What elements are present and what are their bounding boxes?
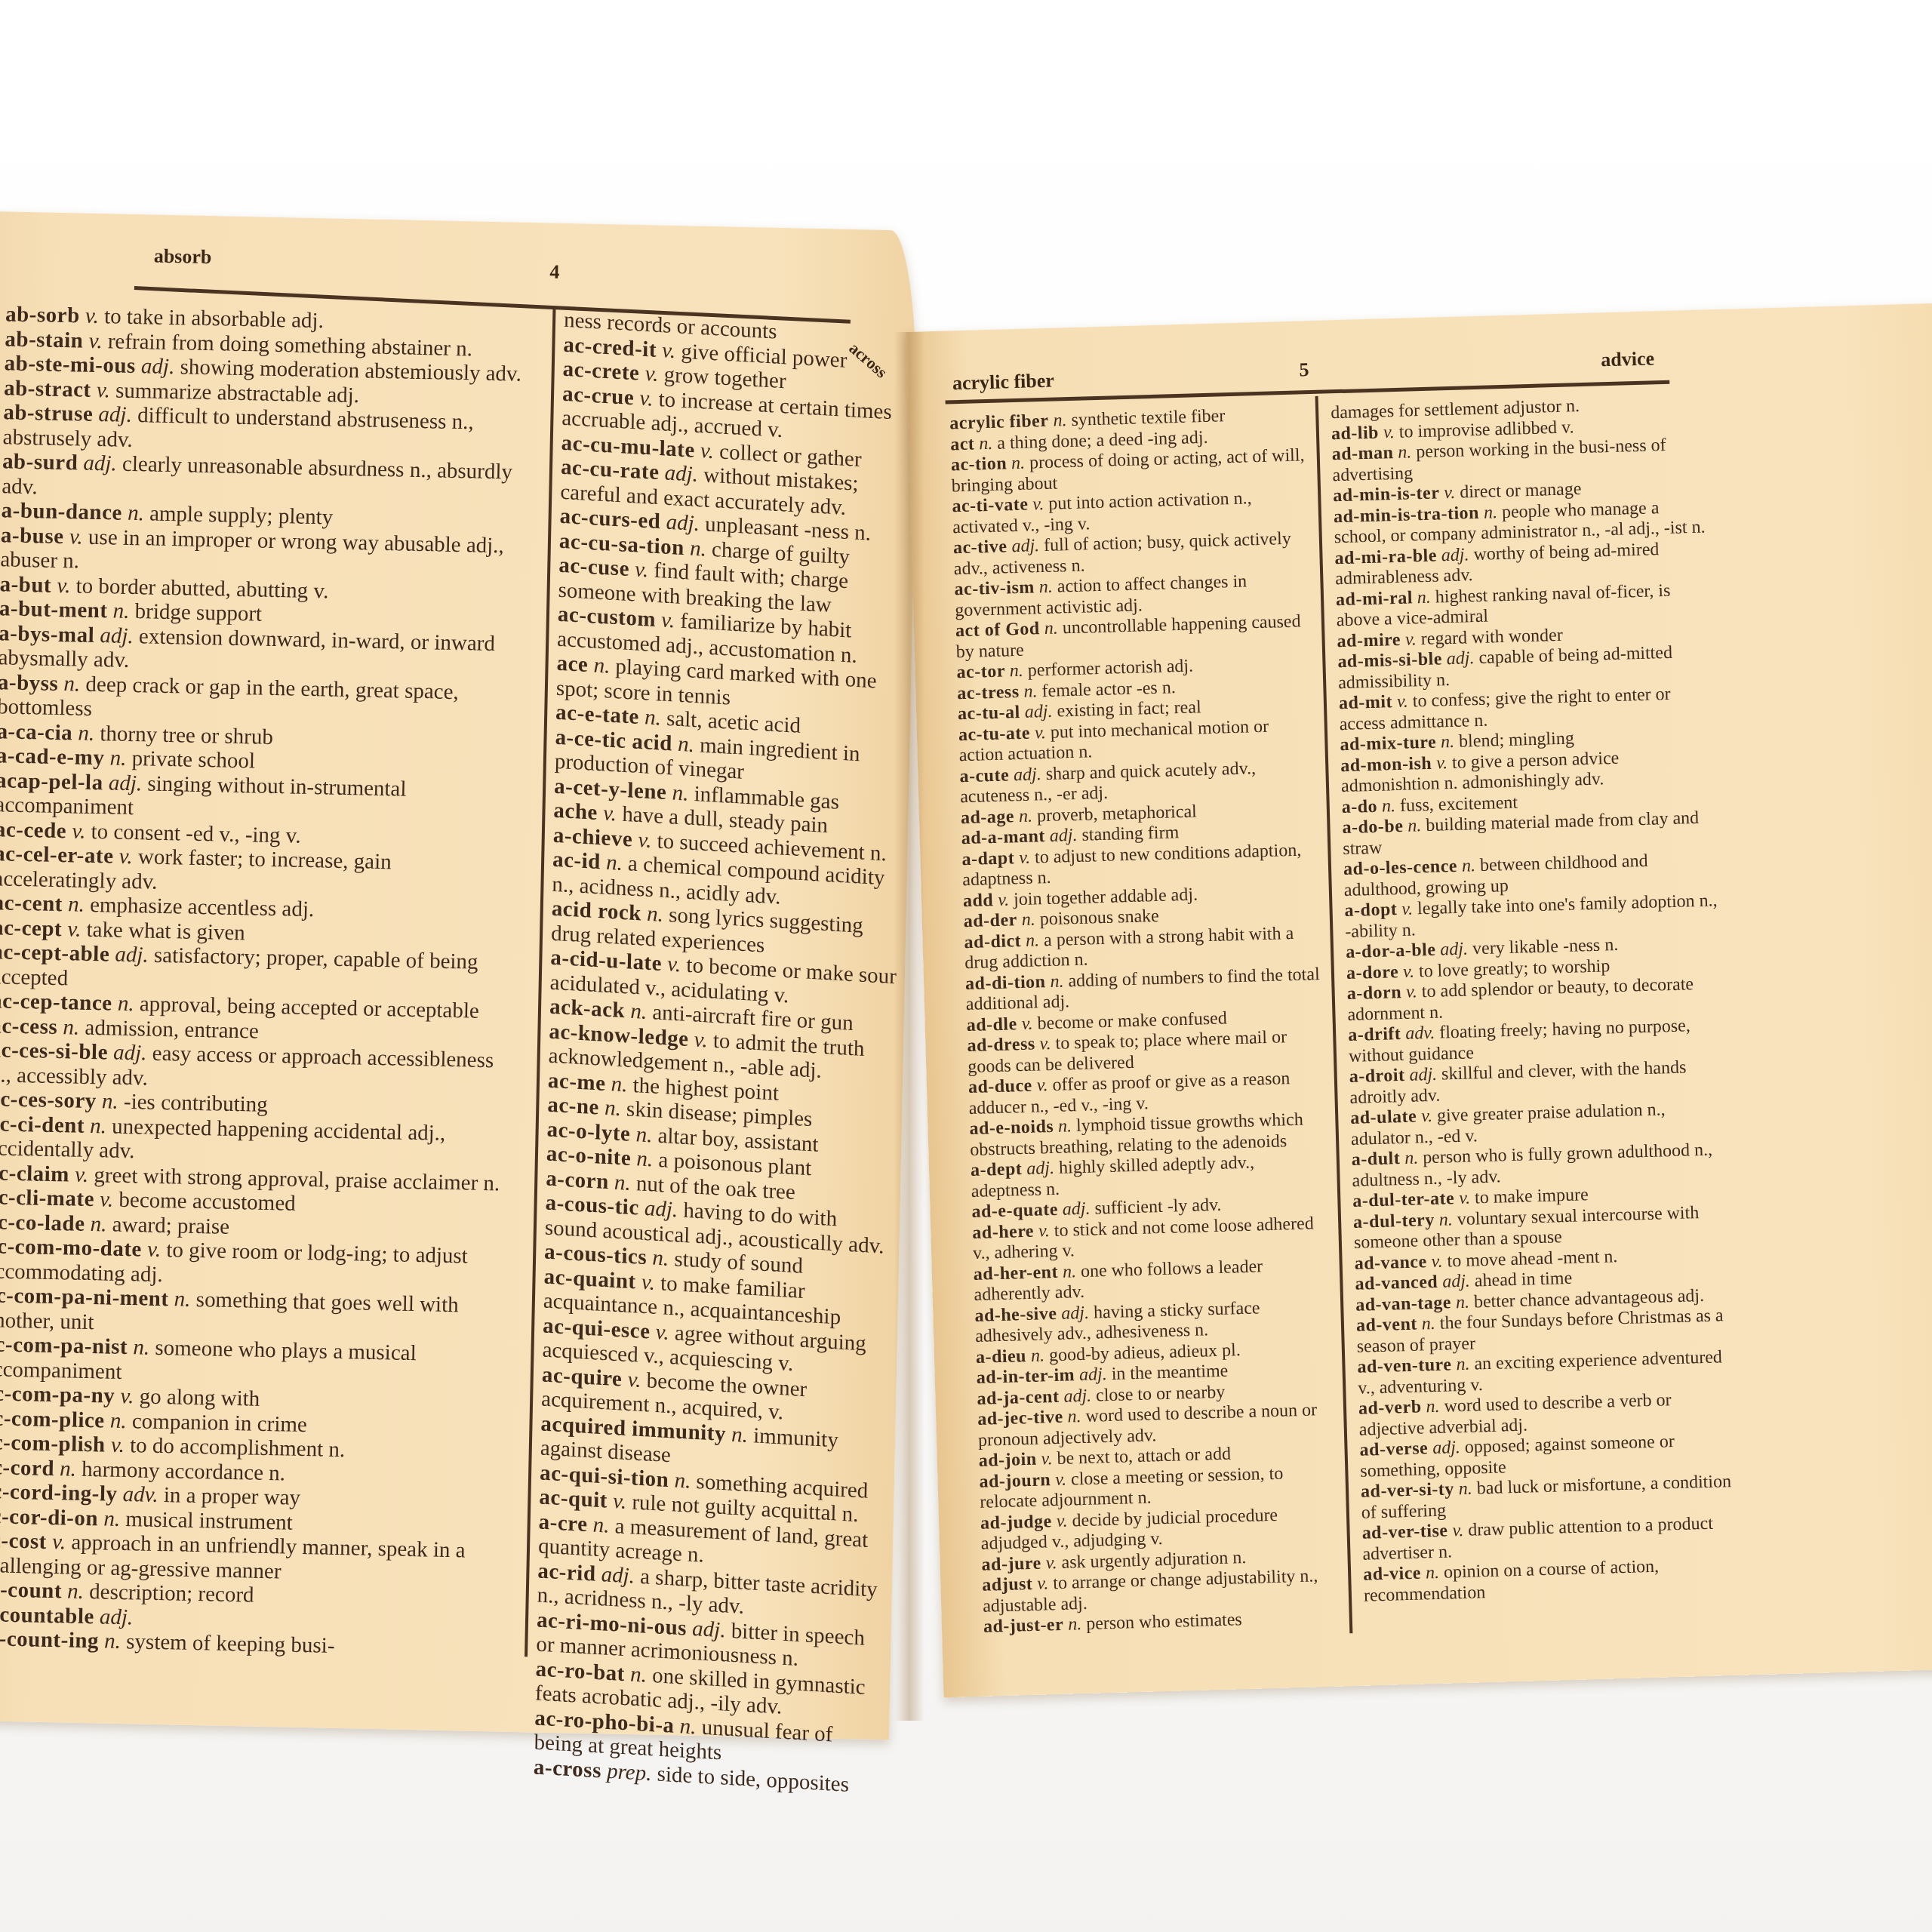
part-of-speech: v. bbox=[667, 952, 681, 977]
headword: ad-duce bbox=[968, 1076, 1033, 1097]
part-of-speech: n. bbox=[90, 1113, 106, 1137]
part-of-speech: v. bbox=[1056, 1511, 1068, 1531]
part-of-speech: v. bbox=[662, 338, 676, 363]
part-of-speech: n. bbox=[102, 1089, 118, 1113]
headword: accountable bbox=[0, 1602, 94, 1629]
headword: ad-man bbox=[1331, 443, 1393, 464]
definition: clearly unreasonable absurdness n., absu… bbox=[2, 452, 512, 499]
part-of-speech: v. bbox=[1045, 1553, 1057, 1573]
headword: ac-cord-ing-ly bbox=[0, 1479, 118, 1506]
headword: acrylic fiber bbox=[949, 411, 1049, 434]
headword: ad-min-is-ter bbox=[1333, 483, 1440, 506]
headword: a-dult bbox=[1351, 1149, 1400, 1170]
part-of-speech: adj. bbox=[115, 943, 149, 968]
part-of-speech: n. bbox=[1441, 732, 1455, 752]
part-of-speech: v. bbox=[635, 557, 649, 582]
headword: ad-vice bbox=[1363, 1564, 1422, 1585]
part-of-speech: v. bbox=[88, 328, 103, 352]
right-page: acrylic fiber 5 advice acrylic fiber n. … bbox=[906, 303, 1932, 1698]
definition: to consent -ed v., -ing v. bbox=[91, 819, 301, 848]
definition: sufficient -ly adv. bbox=[1094, 1195, 1222, 1219]
part-of-speech: adv. bbox=[122, 1482, 158, 1507]
headword: ad-verb bbox=[1358, 1397, 1422, 1418]
part-of-speech: n. bbox=[109, 746, 126, 770]
headword: ac-ti-vate bbox=[952, 495, 1029, 517]
definition: direct or manage bbox=[1460, 479, 1582, 502]
part-of-speech: adj. bbox=[1024, 702, 1052, 722]
part-of-speech: n. bbox=[1010, 661, 1024, 681]
part-of-speech: n. bbox=[1417, 587, 1432, 607]
part-of-speech: n. bbox=[674, 1468, 691, 1493]
part-of-speech: adj. bbox=[1011, 536, 1039, 556]
definition: very likable -ness n. bbox=[1472, 935, 1619, 958]
headword: ac-tress bbox=[957, 681, 1020, 703]
part-of-speech: v. bbox=[1032, 494, 1044, 514]
part-of-speech: adj. bbox=[113, 1041, 147, 1066]
headword: ac-id bbox=[552, 848, 601, 875]
headword: ac-co-lade bbox=[0, 1210, 85, 1236]
part-of-speech: adj. bbox=[664, 461, 698, 487]
part-of-speech: n. bbox=[679, 1714, 696, 1739]
part-of-speech: n. bbox=[1050, 971, 1064, 991]
headword: ac-crue bbox=[562, 381, 635, 409]
part-of-speech: v. bbox=[72, 819, 86, 843]
headword: ad-vent bbox=[1356, 1315, 1418, 1336]
part-of-speech: n. bbox=[128, 501, 144, 525]
headword: ac-cept bbox=[0, 915, 63, 941]
headword: ad-dle bbox=[966, 1014, 1017, 1035]
part-of-speech: n. bbox=[103, 1506, 120, 1531]
part-of-speech: adj. bbox=[601, 1562, 635, 1588]
headword: ad-mix-ture bbox=[1340, 733, 1436, 755]
part-of-speech: n. bbox=[1458, 1479, 1472, 1499]
part-of-speech: adj. bbox=[1441, 545, 1469, 565]
part-of-speech: n. bbox=[672, 780, 688, 805]
headword: ad-her-ent bbox=[974, 1262, 1059, 1284]
headword: a-dor-a-ble bbox=[1346, 940, 1436, 962]
part-of-speech: adj. bbox=[100, 1604, 134, 1629]
definition: in a proper way bbox=[164, 1483, 301, 1510]
headword: ad-lib bbox=[1331, 423, 1380, 444]
part-of-speech: n. bbox=[60, 1457, 76, 1481]
part-of-speech: v. bbox=[120, 1384, 134, 1408]
headword: act bbox=[950, 434, 975, 454]
headword: ac-com-pa-ni-ment bbox=[0, 1283, 169, 1311]
headword: ac-com-plish bbox=[0, 1430, 106, 1457]
part-of-speech: v. bbox=[645, 361, 659, 386]
headword: a-but-ment bbox=[0, 596, 108, 623]
definition: award; praise bbox=[112, 1212, 229, 1238]
part-of-speech: n. bbox=[593, 653, 610, 678]
part-of-speech: v. bbox=[639, 386, 654, 411]
headword: ad-here bbox=[972, 1221, 1034, 1242]
headword: ab-stain bbox=[5, 327, 84, 352]
headword: ad-age bbox=[961, 807, 1015, 828]
headword: ad-he-sive bbox=[974, 1303, 1057, 1325]
headword: ad-ven-ture bbox=[1357, 1355, 1452, 1377]
definition: regard with wonder bbox=[1421, 625, 1564, 648]
part-of-speech: v. bbox=[1403, 961, 1415, 981]
part-of-speech: n. bbox=[1067, 1407, 1081, 1426]
headword: ad-a-mant bbox=[961, 826, 1045, 848]
column-1: ab-sorb v. to take in absorbable adj.ab-… bbox=[0, 302, 526, 1662]
headword: add bbox=[963, 891, 994, 911]
part-of-speech: v. bbox=[85, 304, 100, 328]
headword: ac-me bbox=[548, 1068, 606, 1095]
headword: ad-e-quate bbox=[971, 1200, 1058, 1222]
headword: ack-ack bbox=[549, 995, 626, 1023]
definition: to make impure bbox=[1475, 1185, 1589, 1207]
part-of-speech: v. bbox=[1039, 1034, 1051, 1054]
headword: a-ca-cia bbox=[0, 719, 73, 745]
part-of-speech: v. bbox=[1037, 1574, 1049, 1593]
part-of-speech: adj. bbox=[98, 402, 132, 427]
part-of-speech: n. bbox=[67, 1579, 84, 1603]
definition: bridge support bbox=[134, 599, 262, 626]
part-of-speech: adj. bbox=[1440, 940, 1468, 960]
part-of-speech: n. bbox=[1438, 1210, 1453, 1229]
part-of-speech: v. bbox=[1041, 1449, 1053, 1469]
part-of-speech: n. bbox=[605, 1096, 621, 1121]
part-of-speech: n. bbox=[1456, 1292, 1470, 1312]
headword: a-chieve bbox=[553, 823, 633, 851]
headword: ac-com-pa-ny bbox=[0, 1381, 115, 1408]
part-of-speech: v. bbox=[1459, 1189, 1471, 1208]
part-of-speech: adj. bbox=[1063, 1386, 1091, 1406]
headword: a-droit bbox=[1349, 1066, 1404, 1087]
part-of-speech: v. bbox=[1035, 723, 1047, 743]
definition: in the meantime bbox=[1111, 1361, 1228, 1384]
headword: ac-crete bbox=[562, 357, 639, 386]
headword: acap-pel-la bbox=[0, 768, 103, 795]
definition: -ies contributing bbox=[124, 1090, 269, 1117]
part-of-speech: v. bbox=[100, 1187, 114, 1211]
part-of-speech: n. bbox=[174, 1287, 190, 1311]
part-of-speech: adj. bbox=[1409, 1065, 1437, 1085]
headword: ad-vance bbox=[1354, 1252, 1427, 1274]
headword: ac-tu-ate bbox=[958, 723, 1031, 745]
headword: ad-verse bbox=[1359, 1438, 1428, 1460]
guide-word-right: advice bbox=[1601, 347, 1655, 371]
page-number: 5 bbox=[1299, 358, 1309, 381]
headword: a-drift bbox=[1348, 1024, 1401, 1045]
headword: ac-ces-si-ble bbox=[0, 1038, 108, 1064]
part-of-speech: n. bbox=[1021, 910, 1035, 930]
part-of-speech: n. bbox=[1404, 1148, 1419, 1168]
headword: ac-ne bbox=[547, 1093, 599, 1120]
part-of-speech: n. bbox=[645, 705, 661, 730]
part-of-speech: adj. bbox=[692, 1617, 726, 1642]
part-of-speech: n. bbox=[90, 1212, 106, 1236]
part-of-speech: n. bbox=[1456, 1355, 1470, 1374]
part-of-speech: n. bbox=[678, 731, 694, 756]
headword: ac-cent bbox=[0, 891, 63, 916]
part-of-speech: n. bbox=[1026, 931, 1040, 950]
definition: synthetic textile fiber bbox=[1071, 406, 1226, 430]
part-of-speech: v. bbox=[1383, 422, 1395, 441]
part-of-speech: n. bbox=[611, 1072, 627, 1097]
part-of-speech: n. bbox=[1058, 1116, 1072, 1136]
definition: existing in fact; real bbox=[1057, 697, 1201, 721]
part-of-speech: n. bbox=[1023, 681, 1038, 701]
headword: ad-dress bbox=[967, 1035, 1035, 1057]
part-of-speech: adj. bbox=[645, 1196, 678, 1222]
part-of-speech: adj. bbox=[1079, 1364, 1107, 1385]
part-of-speech: adj. bbox=[1063, 1199, 1091, 1220]
definition: join together addable adj. bbox=[1014, 884, 1198, 909]
part-of-speech: v. bbox=[67, 917, 82, 941]
headword: a-cross bbox=[534, 1755, 602, 1783]
part-of-speech: v. bbox=[661, 608, 675, 632]
definition: musical instrument bbox=[125, 1507, 293, 1535]
definition: companion in crime bbox=[132, 1409, 308, 1437]
headword: ad-mon-ish bbox=[1340, 753, 1432, 775]
part-of-speech: n. bbox=[78, 721, 94, 745]
part-of-speech: n. bbox=[118, 992, 134, 1016]
part-of-speech: adj. bbox=[83, 451, 117, 476]
part-of-speech: n. bbox=[592, 1512, 609, 1537]
headword: ad-o-les-cence bbox=[1343, 857, 1458, 879]
definition: female actor -es n. bbox=[1041, 678, 1176, 701]
guide-word-left: absorb bbox=[153, 245, 211, 269]
part-of-speech: v. bbox=[700, 438, 715, 463]
headword: ad-mit bbox=[1339, 692, 1393, 713]
headword: ac-tion bbox=[951, 454, 1008, 475]
headword: ad-join bbox=[978, 1450, 1037, 1471]
guide-word-left: acrylic fiber bbox=[952, 370, 1055, 395]
part-of-speech: adj. bbox=[109, 771, 143, 795]
headword: ac-claim bbox=[0, 1161, 69, 1186]
part-of-speech: n. bbox=[635, 1122, 652, 1147]
headword: ad-vanced bbox=[1355, 1272, 1438, 1294]
headword: ac-count bbox=[0, 1577, 62, 1603]
part-of-speech: n. bbox=[636, 1146, 653, 1171]
headword: ab-sorb bbox=[5, 302, 80, 328]
part-of-speech: v. bbox=[998, 890, 1010, 909]
headword: ad-jure bbox=[981, 1553, 1041, 1574]
part-of-speech: v. bbox=[97, 377, 111, 401]
part-of-speech: n. bbox=[606, 851, 623, 875]
part-of-speech: v. bbox=[1421, 1106, 1433, 1126]
headword: a-dept bbox=[971, 1159, 1023, 1180]
part-of-speech: adv. bbox=[1405, 1023, 1435, 1044]
headword: ac-cess bbox=[0, 1014, 58, 1039]
part-of-speech: n. bbox=[1426, 1563, 1440, 1583]
part-of-speech: v. bbox=[655, 1319, 669, 1344]
part-of-speech: n. bbox=[63, 672, 80, 696]
headword: ac-com-plice bbox=[0, 1406, 105, 1432]
part-of-speech: n. bbox=[979, 433, 993, 453]
headword: a-dul-ter-ate bbox=[1352, 1189, 1455, 1211]
book-gutter bbox=[894, 332, 924, 1721]
part-of-speech: n. bbox=[1068, 1614, 1082, 1634]
part-of-speech: adj. bbox=[1061, 1303, 1089, 1323]
definition: become accustomed bbox=[118, 1188, 296, 1216]
definition: proverb, metaphorical bbox=[1037, 801, 1198, 826]
headword: a-dieu bbox=[976, 1346, 1027, 1367]
part-of-speech: adj. bbox=[666, 510, 700, 536]
part-of-speech: v. bbox=[52, 1530, 66, 1554]
right-page-header: acrylic fiber 5 advice bbox=[906, 303, 1932, 400]
part-of-speech: n. bbox=[104, 1629, 121, 1654]
part-of-speech: n. bbox=[1484, 503, 1498, 522]
headword: a-cute bbox=[959, 765, 1009, 786]
part-of-speech: v. bbox=[638, 828, 652, 853]
headword: ac-count-ing bbox=[0, 1626, 99, 1653]
part-of-speech: v. bbox=[1019, 848, 1031, 867]
part-of-speech: adj. bbox=[1442, 1272, 1470, 1292]
headword: adjust bbox=[982, 1574, 1033, 1595]
part-of-speech: v. bbox=[1444, 483, 1456, 503]
headword: a-byss bbox=[0, 670, 59, 696]
headword: ac-cli-mate bbox=[0, 1185, 94, 1211]
headword: ad-min-is-tra-tion bbox=[1334, 503, 1480, 526]
part-of-speech: v. bbox=[111, 1433, 125, 1457]
headword: ac-com-pa-nist bbox=[0, 1332, 128, 1359]
definition: system of keeping busi- bbox=[126, 1629, 335, 1658]
headword: ad-judge bbox=[980, 1512, 1052, 1534]
definition: performer actorish adj. bbox=[1028, 657, 1194, 681]
headword: ac-tiv-ism bbox=[954, 577, 1035, 599]
definition: thorny tree or shrub bbox=[100, 721, 273, 749]
headword: ac-tor bbox=[956, 661, 1005, 682]
headword: ac-cost bbox=[0, 1528, 47, 1554]
definition: ample supply; plenty bbox=[149, 501, 334, 529]
headword: ac-quire bbox=[542, 1362, 623, 1391]
headword: ad-van-tage bbox=[1355, 1293, 1452, 1315]
part-of-speech: v. bbox=[1397, 692, 1409, 712]
part-of-speech: n. bbox=[63, 1015, 79, 1039]
headword: a-dorn bbox=[1346, 983, 1401, 1004]
definition: standing firm bbox=[1081, 823, 1179, 845]
headword: a-do bbox=[1341, 796, 1377, 817]
headword: ad-e-noids bbox=[969, 1117, 1054, 1139]
headword: ac-cel-er-ate bbox=[0, 841, 114, 868]
part-of-speech: v. bbox=[147, 1238, 162, 1262]
headword: ace bbox=[556, 651, 588, 677]
headword: ac-com-mo-date bbox=[0, 1234, 142, 1261]
definition: approach in an unfriendly manner, speak … bbox=[0, 1531, 466, 1583]
part-of-speech: adj. bbox=[1050, 826, 1078, 846]
headword: ab-surd bbox=[2, 449, 78, 475]
part-of-speech: v. bbox=[1436, 753, 1448, 773]
part-of-speech: n. bbox=[1019, 806, 1033, 826]
part-of-speech: adj. bbox=[1432, 1438, 1460, 1458]
column-2: ness records or accountsac-cred-it v. gi… bbox=[534, 308, 911, 1798]
part-of-speech: n. bbox=[614, 1170, 631, 1195]
part-of-speech: n. bbox=[133, 1335, 149, 1359]
definition: to take in absorbable adj. bbox=[104, 304, 324, 333]
part-of-speech: v. bbox=[641, 1269, 656, 1294]
definition: poisonous snake bbox=[1039, 906, 1159, 929]
part-of-speech: v. bbox=[1021, 1014, 1033, 1033]
headword: ad-di-tion bbox=[965, 972, 1046, 994]
part-of-speech: prep. bbox=[607, 1758, 652, 1785]
part-of-speech: n. bbox=[647, 902, 663, 927]
part-of-speech: n. bbox=[1398, 442, 1412, 462]
part-of-speech: v. bbox=[613, 1489, 627, 1514]
part-of-speech: n. bbox=[1063, 1262, 1077, 1281]
headword: a-dul-tery bbox=[1353, 1210, 1435, 1232]
headword: ac-ces-sory bbox=[0, 1087, 97, 1113]
headword: ad-just-er bbox=[983, 1615, 1064, 1637]
headword: ac-tive bbox=[953, 537, 1008, 558]
headword: ad-mi-ral bbox=[1336, 588, 1413, 610]
headword: ac-cord bbox=[0, 1455, 54, 1481]
headword: ad-mire bbox=[1337, 629, 1401, 651]
headword: ac-cuse bbox=[558, 553, 629, 581]
column-1: acrylic fiber n. synthetic textile fiber… bbox=[949, 404, 1342, 1638]
part-of-speech: n. bbox=[1426, 1397, 1440, 1417]
part-of-speech: n. bbox=[1044, 619, 1058, 638]
definition: to move ahead -ment n. bbox=[1447, 1247, 1618, 1271]
part-of-speech: v. bbox=[1406, 982, 1418, 1001]
part-of-speech: n. bbox=[1031, 1346, 1045, 1365]
definition: harmony accordance n. bbox=[82, 1457, 285, 1485]
headword: ac-cept-able bbox=[0, 940, 110, 966]
headword: ad-mi-ra-ble bbox=[1334, 546, 1437, 568]
part-of-speech: n. bbox=[1462, 856, 1476, 875]
part-of-speech: v. bbox=[1431, 1251, 1443, 1271]
definition: fuss, excitement bbox=[1400, 792, 1518, 815]
headword: act of God bbox=[955, 619, 1040, 641]
part-of-speech: adj. bbox=[1026, 1158, 1054, 1179]
headword: a-dore bbox=[1346, 962, 1399, 983]
headword: ac-ci-dent bbox=[0, 1112, 85, 1138]
part-of-speech: n. bbox=[731, 1422, 748, 1447]
headword: ac-tu-al bbox=[958, 703, 1020, 724]
headword: ac-quit bbox=[539, 1485, 608, 1513]
page-number: 4 bbox=[549, 260, 560, 283]
headword: ad-der bbox=[963, 910, 1017, 931]
part-of-speech: n. bbox=[1407, 816, 1422, 835]
part-of-speech: adj. bbox=[1447, 648, 1475, 669]
part-of-speech: v. bbox=[69, 525, 83, 549]
headword: a-cre bbox=[538, 1509, 587, 1537]
part-of-speech: v. bbox=[75, 1162, 89, 1186]
headword: ad-ja-cent bbox=[977, 1386, 1060, 1408]
headword: a-do-be bbox=[1342, 817, 1404, 838]
definition: to do accomplishment n. bbox=[130, 1433, 346, 1462]
part-of-speech: n. bbox=[112, 598, 129, 623]
part-of-speech: n. bbox=[1421, 1314, 1435, 1334]
part-of-speech: n. bbox=[630, 1662, 647, 1687]
definition: close to or nearby bbox=[1096, 1382, 1226, 1405]
headword: a-corn bbox=[546, 1166, 609, 1194]
headword: a-dapt bbox=[961, 848, 1014, 869]
definition: description; record bbox=[89, 1580, 254, 1607]
part-of-speech: n. bbox=[652, 1246, 669, 1271]
headword: a-bys-mal bbox=[0, 621, 95, 648]
left-page: absorb 4 across ab-sorb v. to take in ab… bbox=[0, 211, 921, 1740]
part-of-speech: n. bbox=[690, 536, 706, 561]
definition: blend; mingling bbox=[1459, 728, 1574, 751]
part-of-speech: n. bbox=[110, 1408, 127, 1432]
headword: ab-stract bbox=[4, 376, 91, 401]
definition: private school bbox=[131, 746, 255, 773]
headword: ab-ste-mi-ous bbox=[4, 351, 136, 378]
headword: ad-mis-si-ble bbox=[1337, 649, 1442, 672]
part-of-speech: n. bbox=[68, 892, 85, 916]
headword: ad-dict bbox=[964, 931, 1021, 952]
part-of-speech: v. bbox=[627, 1367, 641, 1392]
headword: a-bun-dance bbox=[1, 498, 122, 525]
headword: ac-cep-tance bbox=[0, 989, 112, 1015]
part-of-speech: v. bbox=[118, 844, 133, 869]
part-of-speech: v. bbox=[1036, 1075, 1048, 1095]
part-of-speech: v. bbox=[603, 801, 617, 826]
part-of-speech: v. bbox=[57, 573, 71, 597]
